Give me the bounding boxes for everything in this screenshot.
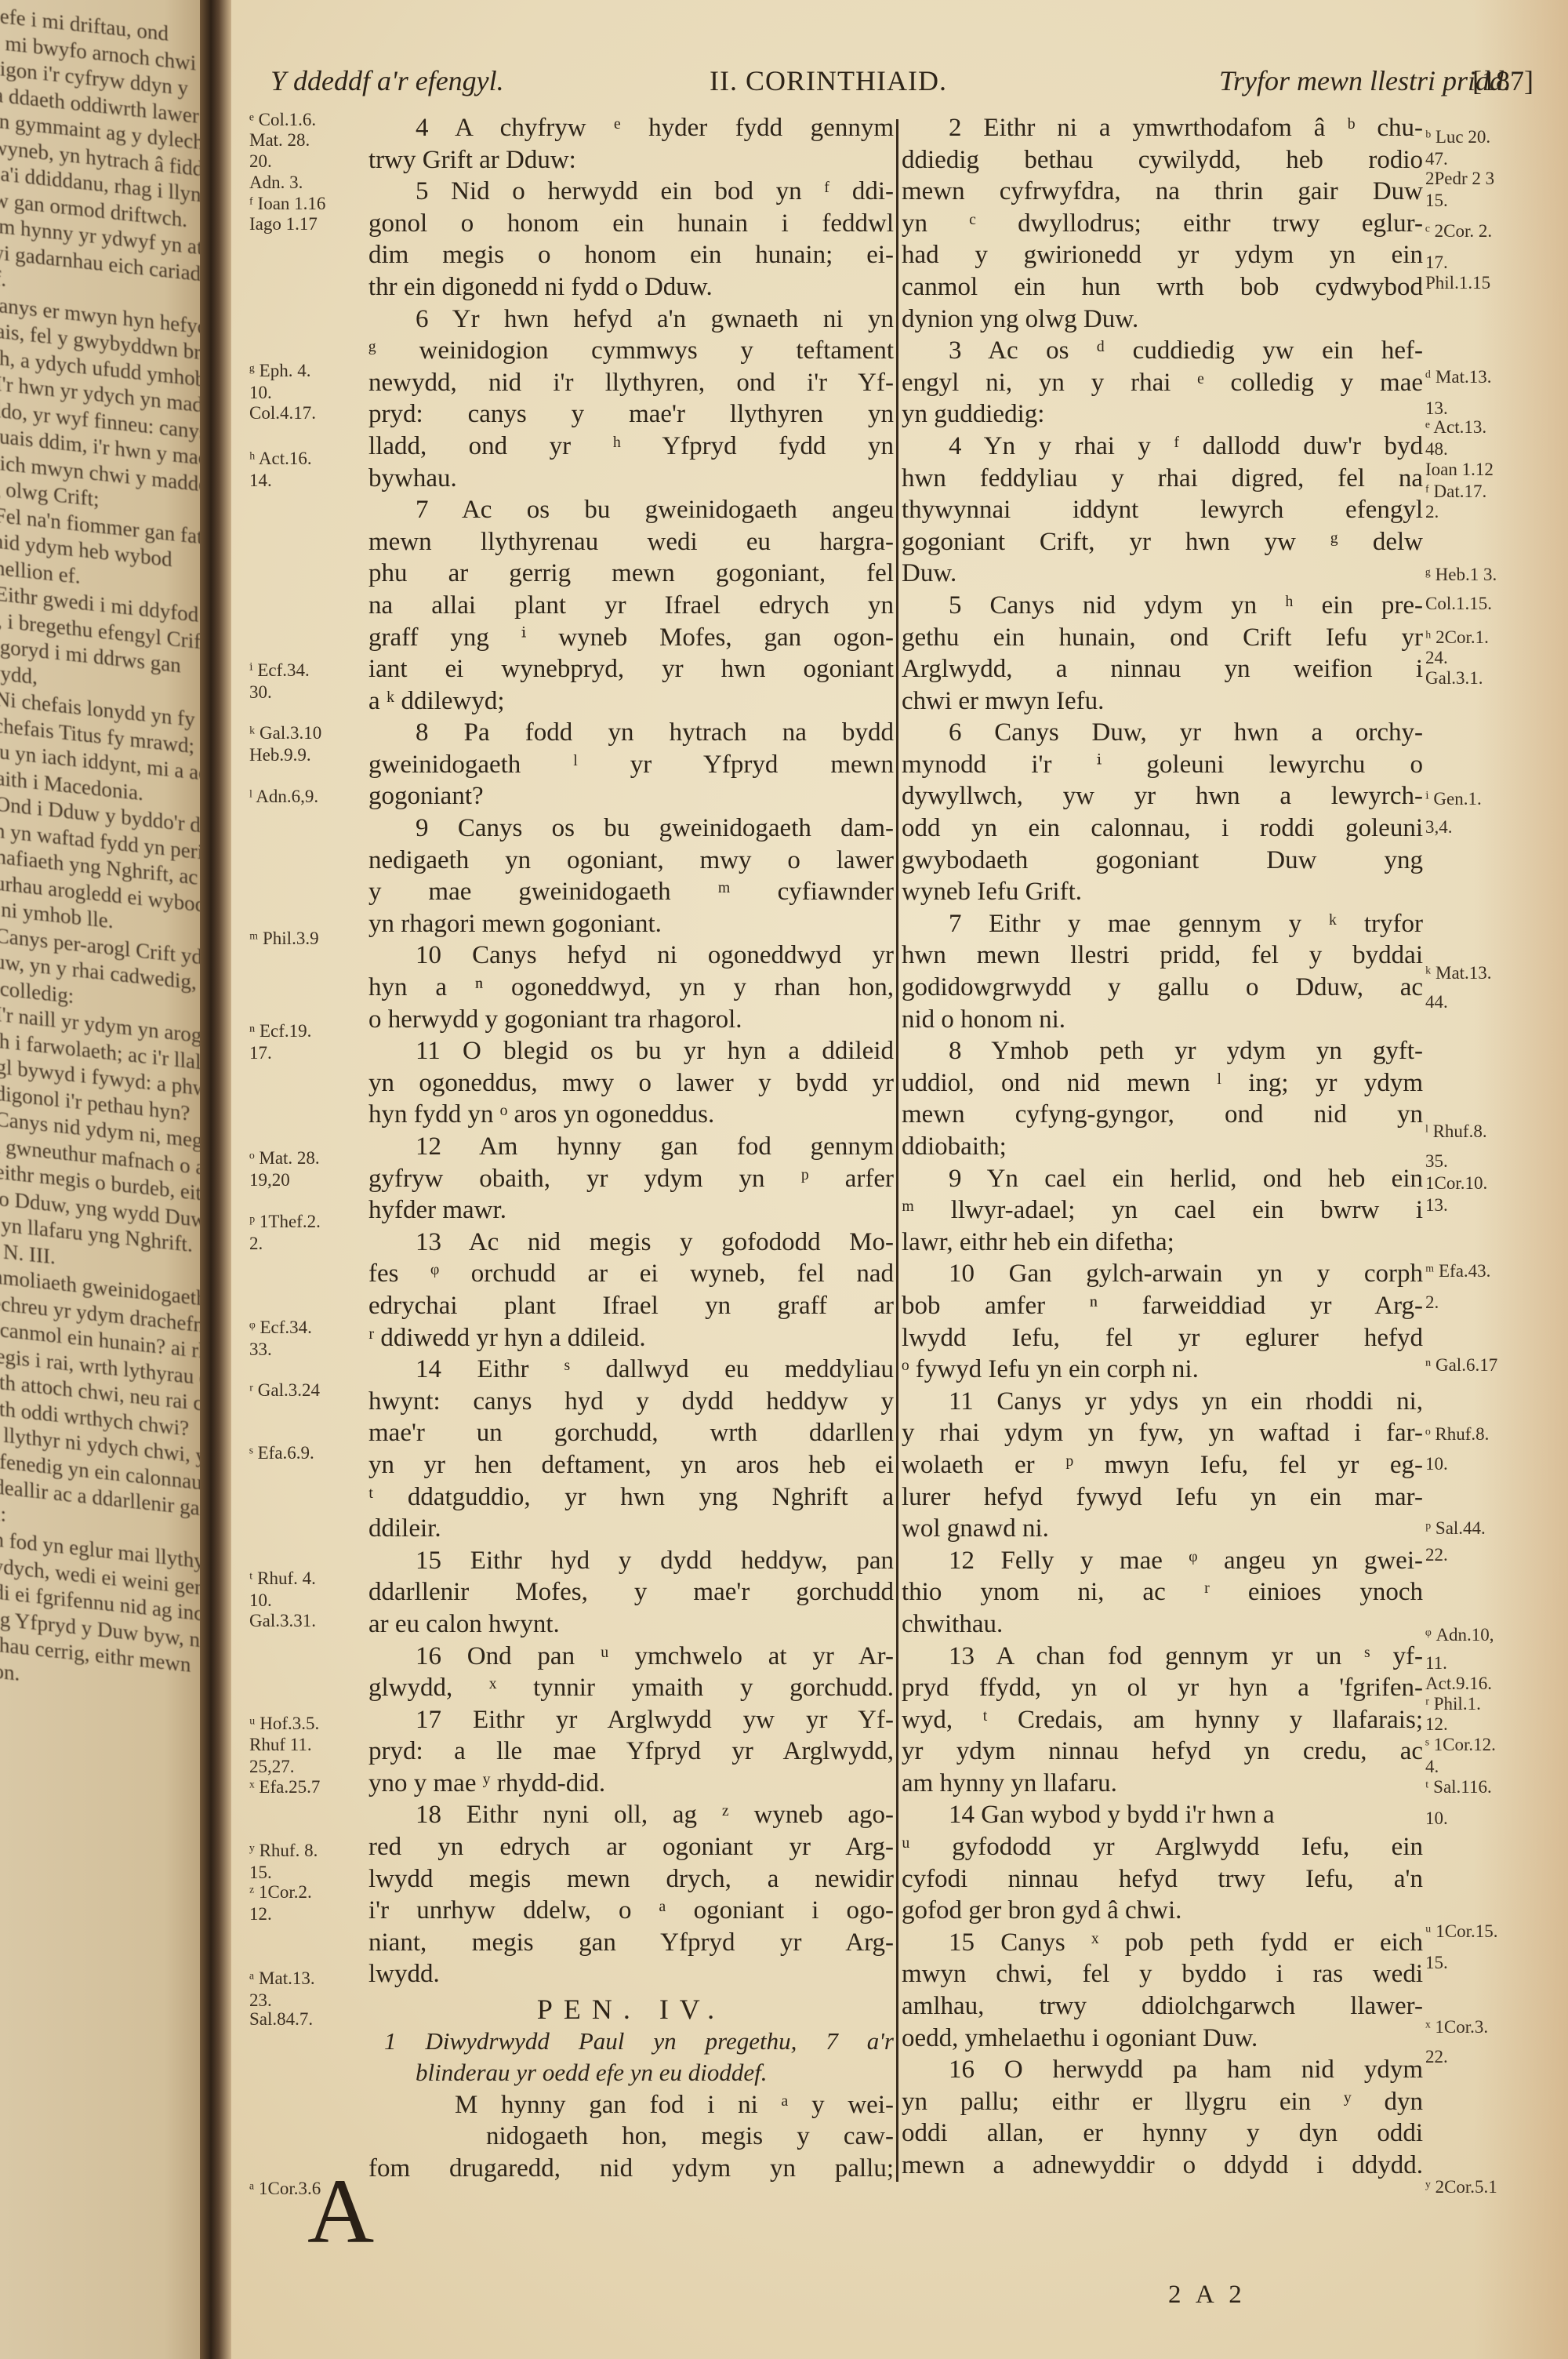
left-text-line: 12 Am hynny gan fod gennym (368, 1131, 894, 1163)
left-text-line: y mae gweinidogaeth ᵐ cyfiawnder (368, 876, 894, 908)
left-text-line: ᵗ ddatguddio, yr hwn yng Nghrift a (368, 1481, 894, 1514)
left-text-line: nedigaeth yn ogoniant, mwy o lawer (368, 845, 894, 877)
right-text-line: 2 Eithr ni a ymwrthodafom â ᵇ chu- (902, 112, 1423, 144)
margin-reference: ᶻ 1Cor.2. (249, 1882, 312, 1903)
margin-reference: Rhuf 11. (249, 1735, 312, 1755)
margin-reference: 10. (249, 383, 272, 403)
margin-reference: ᵒ Rhuf.8. (1425, 1424, 1489, 1445)
margin-reference: 2. (1425, 502, 1439, 522)
margin-reference: 19,20 (249, 1170, 290, 1190)
left-text-line: gyfryw obaith, yr ydym yn ᵖ arfer (368, 1163, 894, 1195)
margin-reference: Mat. 28. (249, 130, 310, 151)
left-text-line: 10 Canys hefyd ni ogoneddwyd yr (368, 940, 894, 972)
right-text-line: 7 Eithr y mae gennym y ᵏ tryfor (902, 908, 1423, 940)
margin-reference: ᵍ Eph. 4. (249, 361, 310, 381)
margin-reference: 20. (249, 151, 272, 172)
chapter-opening-line-1: M hynny gan fod i ni ᵃ y wei- (368, 2089, 894, 2121)
margin-reference: Col.4.17. (249, 403, 316, 423)
margin-reference: ᵇ Luc 20. (1425, 127, 1490, 147)
margin-reference: 33. (249, 1339, 272, 1360)
left-text-line: ar eu calon hwynt. (368, 1608, 894, 1641)
margin-reference: 44. (1425, 992, 1448, 1012)
right-text-line: dywyllwch, yw yr hwn a lewyrch- (902, 780, 1423, 812)
margin-reference: ᵗ Sal.116. (1425, 1777, 1492, 1797)
left-text-line: ddileir. (368, 1513, 894, 1545)
margin-reference: ˡ Adn.6,9. (249, 787, 318, 807)
left-text-line: pryd: a lle mae Yfpryd yr Arglwydd, (368, 1736, 894, 1768)
margin-reference: 1Cor.10. (1425, 1173, 1487, 1194)
right-text-line: ᵒ fywyd Iefu yn ein corph ni. (902, 1354, 1423, 1386)
margin-reference: 35. (1425, 1151, 1448, 1172)
left-text-line: lladd, ond yr ʰ Yfpryd fydd yn (368, 431, 894, 463)
right-text-line: thywynnai iddynt lewyrch efengyl (902, 494, 1423, 526)
right-text-line: lwydd Iefu, fel yr eglurer hefyd (902, 1322, 1423, 1354)
margin-reference: ʰ Act.16. (249, 449, 312, 469)
right-text-line: ᵐ llwyr-adael; yn cael ein bwrw i (902, 1194, 1423, 1227)
left-text-line: hyfder mawr. (368, 1194, 894, 1227)
margin-reference: 4. (1425, 1757, 1439, 1777)
right-text-line: chwithau. (902, 1608, 1423, 1641)
right-text-line: ᵘ gyfododd yr Arglwydd Iefu, ein (902, 1831, 1423, 1863)
margin-reference: ᵗ Rhuf. 4. (249, 1568, 316, 1589)
margin-reference: ᵏ Gal.3.10 (249, 723, 321, 743)
right-text-line: thio ynom ni, ac ʳ einioes ynoch (902, 1576, 1423, 1608)
margin-reference: ᶠ Dat.17. (1425, 482, 1486, 502)
chapter-opening-line-2: nidogaeth hon, megis y caw- (368, 2121, 894, 2153)
right-text-line: yn ᶜ dwyllodrus; eithr trwy eglur- (902, 208, 1423, 240)
margin-reference: Act.9.16. (1425, 1674, 1492, 1694)
right-text-line: hwn mewn llestri pridd, fel y byddai (902, 940, 1423, 972)
margin-reference: ˡ Rhuf.8. (1425, 1121, 1487, 1142)
right-text-line: mewn cyfyng-gyngor, ond nid yn (902, 1099, 1423, 1131)
right-text-line: engyl ni, yn y rhai ᵉ colledig y mae (902, 367, 1423, 399)
chapter-summary-line-2: blinderau yr oedd efe yn eu dioddef. (368, 2057, 894, 2089)
right-text-line: mwyn chwi, fel y byddo i ras wedi (902, 1958, 1423, 1990)
book-page: eth efe i mi driftau, ondag i mi bwyfo a… (0, 0, 1568, 2359)
right-text-line: mewn cyfrwyfdra, na thrin gair Duw (902, 176, 1423, 208)
left-text-line: lwydd megis mewn drych, a newidir (368, 1863, 894, 1896)
left-text-line: pryd: canys y mae'r llythyren yn (368, 398, 894, 431)
margin-reference: 15. (249, 1863, 272, 1883)
left-text-line: 15 Eithr hyd y dydd heddyw, pan (368, 1545, 894, 1577)
chapter-summary-line-1: 1 Diwydrwydd Paul yn pregethu, 7 a'r (368, 2026, 894, 2058)
left-text-line: 14 Eithr ˢ dallwyd eu meddyliau (368, 1354, 894, 1386)
margin-reference: ᵖ Sal.44. (1425, 1518, 1486, 1539)
margin-reference: 48. (1425, 439, 1448, 460)
left-text-line: hyn a ⁿ ogoneddwyd, yn y rhan hon, (368, 972, 894, 1004)
margin-reference: 13. (1425, 398, 1448, 419)
right-text-line: wolaeth er ᵖ mwyn Iefu, fel yr eg- (902, 1449, 1423, 1481)
margin-reference: 24. (1425, 648, 1448, 668)
margin-reference: Gal.3.31. (249, 1611, 316, 1631)
left-text-line: trwy Grift ar Dduw: (368, 144, 894, 176)
right-text-line: mewn a adnewyddir o ddydd i ddydd. (902, 2150, 1423, 2182)
left-text-line: 9 Canys os bu gweinidogaeth dam- (368, 812, 894, 845)
right-text-line: nid o honom ni. (902, 1004, 1423, 1036)
left-text-line: na allai plant yr Ifrael edrych yn (368, 590, 894, 622)
margin-reference: ᵉ Act.13. (1425, 417, 1486, 438)
margin-reference: 30. (249, 682, 272, 703)
left-text-line: ddarllenir Mofes, y mae'r gorchudd (368, 1576, 894, 1608)
page-edge-shade (1474, 0, 1568, 2359)
margin-reference: Iago 1.17 (249, 214, 318, 234)
margin-reference: 22. (1425, 1545, 1448, 1565)
margin-reference: 22. (1425, 2047, 1448, 2067)
margin-reference: ʸ 2Cor.5.1 (1425, 2177, 1497, 2197)
margin-reference: ⁿ Gal.6.17 (1425, 1355, 1497, 1376)
margin-reference: ᵘ 1Cor.15. (1425, 1921, 1498, 1942)
margin-reference: ᵐ Efa.43. (1425, 1261, 1490, 1281)
right-text-line: 11 Canys yr ydys yn ein rhoddi ni, (902, 1386, 1423, 1418)
right-text-line: wyneb Iefu Grift. (902, 876, 1423, 908)
left-text-line: ʳ ddiwedd yr hyn a ddileid. (368, 1322, 894, 1354)
margin-reference: 2Pedr 2 3 (1425, 169, 1494, 189)
margin-reference: 12. (1425, 1714, 1448, 1735)
chapter-heading: PEN. IV. (368, 1994, 894, 2026)
right-text-line: 15 Canys ˣ pob peth fydd er eich (902, 1927, 1423, 1959)
left-text-line: dim megis o honom ein hunain; ei- (368, 239, 894, 271)
right-text-line: 3 Ac os ᵈ cuddiedig yw ein hef- (902, 335, 1423, 367)
left-text-line: thr ein digonedd ni fydd o Dduw. (368, 271, 894, 304)
right-text-line: oddi allan, er hynny y dyn oddi (902, 2117, 1423, 2150)
chapter-opening-line-3: fom drugaredd, nid ydym yn pallu; (368, 2153, 894, 2185)
right-text-line: 9 Yn cael ein herlid, ond heb ein (902, 1163, 1423, 1195)
adjacent-page-text: eth efe i mi driftau, ondag i mi bwyfo a… (0, 0, 205, 1708)
right-text-line: canmol ein hun wrth bob cydwybod (902, 271, 1423, 304)
right-text-line: godidowgrwydd y gallu o Dduw, ac (902, 972, 1423, 1004)
margin-reference: Heb.9.9. (249, 745, 311, 765)
right-text-line: y rhai ydym yn fyw, yn waftad i far- (902, 1417, 1423, 1449)
margin-reference: Gal.3.1. (1425, 668, 1483, 689)
right-text-line: gogoniant Crift, yr hwn yw ᵍ delw (902, 526, 1423, 558)
right-text-line: lawr, eithr heb ein difetha; (902, 1227, 1423, 1259)
right-text-line: uddiol, ond nid mewn ˡ ing; yr ydym (902, 1067, 1423, 1100)
header-left-title: Y ddeddf a'r efengyl. (270, 64, 504, 97)
margin-reference: 23. (249, 1990, 272, 2011)
margin-reference: ˢ 1Cor.12. (1425, 1735, 1496, 1755)
margin-reference: 10. (249, 1590, 272, 1611)
right-text-line: had y gwirionedd yr ydym yn ein (902, 239, 1423, 271)
margin-reference: 2. (249, 1234, 263, 1254)
left-text-line: 17 Eithr yr Arglwydd yw yr Yf- (368, 1704, 894, 1736)
left-text-line: gonol o honom ein hunain i feddwl (368, 208, 894, 240)
left-text-line: yn yr hen deftament, yn aros heb ei (368, 1449, 894, 1481)
left-text-line: 8 Pa fodd yn hytrach na bydd (368, 717, 894, 749)
margin-reference: 13. (1425, 1195, 1448, 1216)
right-text-line: am hynny yn llafaru. (902, 1768, 1423, 1800)
margin-reference: ᶜ 2Cor. 2. (1425, 221, 1492, 242)
margin-reference: ʸ Rhuf. 8. (249, 1841, 318, 1861)
margin-reference: ˢ Efa.6.9. (249, 1443, 314, 1463)
margin-reference: ᵃ Mat.13. (249, 1968, 315, 1989)
right-text-line: gwybodaeth gogoniant Duw yng (902, 845, 1423, 877)
margin-reference: ᵠ Ecf.34. (249, 1318, 312, 1338)
left-text-line: mae'r un gorchudd, wrth ddarllen (368, 1417, 894, 1449)
right-text-line: pryd ffydd, yn ol yr hyn a 'fgrifen- (902, 1672, 1423, 1704)
left-text-line: red yn edrych ar ogoniant yr Arg- (368, 1831, 894, 1863)
margin-reference: ⁱ Gen.1. (1425, 789, 1482, 809)
left-text-line: 16 Ond pan ᵘ ymchwelo at yr Ar- (368, 1641, 894, 1673)
right-text-line: 5 Canys nid ydym yn ʰ ein pre- (902, 590, 1423, 622)
left-column-verses: 4 A chyfryw ᵉ hyder fydd gennymtrwy Grif… (368, 112, 894, 1990)
right-text-line: wol gnawd ni. (902, 1513, 1423, 1545)
margin-reference: ᶠ Ioan 1.16 (249, 194, 325, 214)
margin-reference: ᵠ Adn.10, (1425, 1625, 1494, 1645)
header-right-title: Tryfor mewn llestri pridd. (1219, 64, 1511, 97)
right-text-line: 16 O herwydd pa ham nid ydym (902, 2054, 1423, 2086)
margin-reference: ˣ Efa.25.7 (249, 1777, 320, 1797)
right-text-line: odd yn ein calonnau, i roddi goleuni (902, 812, 1423, 845)
page-number: [187] (1472, 64, 1534, 97)
left-text-column: 4 A chyfryw ᵉ hyder fydd gennymtrwy Grif… (368, 112, 894, 2185)
right-text-column: 2 Eithr ni a ymwrthodafom â ᵇ chu-ddiedi… (902, 112, 1423, 2182)
margin-reference: 10. (1425, 1808, 1448, 1829)
right-text-line: cyfodi ninnau hefyd trwy Iefu, a'n (902, 1863, 1423, 1896)
margin-reference: 17. (1425, 253, 1448, 273)
margin-reference: 2. (1425, 1292, 1439, 1313)
left-text-line: 18 Eithr nyni oll, ag ᶻ wyneb ago- (368, 1799, 894, 1831)
margin-reference: ᵖ 1Thef.2. (249, 1212, 321, 1232)
left-text-line: hwynt: canys hyd y dydd heddyw y (368, 1386, 894, 1418)
margin-reference: ᵒ Mat. 28. (249, 1148, 320, 1169)
right-text-line: dynion yng olwg Duw. (902, 304, 1423, 336)
left-text-line: ᵍ weinidogion cymmwys y teftament (368, 335, 894, 367)
right-text-line: chwi er mwyn Iefu. (902, 685, 1423, 718)
left-text-line: 13 Ac nid megis y gofododd Mo- (368, 1227, 894, 1259)
right-text-line: 10 Gan gylch-arwain yn y corph (902, 1258, 1423, 1290)
right-text-line: mynodd i'r ⁱ goleuni lewyrchu o (902, 749, 1423, 781)
margin-reference: 11. (1425, 1653, 1447, 1674)
left-text-line: glwydd, ˣ tynnir ymaith y gorchudd. (368, 1672, 894, 1704)
margin-reference: Col.1.15. (1425, 594, 1492, 614)
margin-reference: 47. (1425, 149, 1448, 169)
margin-reference: ᵍ Heb.1 3. (1425, 565, 1497, 585)
margin-reference: ⁿ Ecf.19. (249, 1021, 311, 1041)
margin-reference: ʰ 2Cor.1. (1425, 627, 1489, 648)
left-text-line: 11 O blegid os bu yr hyn a ddileid (368, 1035, 894, 1067)
right-text-line: amlhau, trwy ddiolchgarwch llawer- (902, 1990, 1423, 2023)
header-book-title: II. CORINTHIAID. (710, 64, 947, 97)
left-text-line: o herwydd y gogoniant tra rhagorol. (368, 1004, 894, 1036)
margin-reference: ᵉ Col.1.6. (249, 110, 316, 130)
margin-reference: ᵐ Phil.3.9 (249, 929, 319, 949)
right-text-line: yn pallu; eithr er llygru ein ʸ dyn (902, 2086, 1423, 2118)
margin-reference: ᵘ Hof.3.5. (249, 1714, 319, 1734)
right-text-line: hwn feddyliau y rhai digred, fel na (902, 463, 1423, 495)
margin-reference: 15. (1425, 1953, 1448, 1973)
margin-reference: ᵏ Mat.13. (1425, 963, 1492, 983)
left-text-line: newydd, nid i'r llythyren, ond i'r Yf- (368, 367, 894, 399)
right-text-line: lurer hefyd fywyd Iefu yn ein mar- (902, 1481, 1423, 1514)
left-text-line: mewn llythyrenau wedi eu hargra- (368, 526, 894, 558)
left-text-line: yno y mae ʸ rhydd-did. (368, 1768, 894, 1800)
right-text-line: bob amfer ⁿ farweiddiad yr Arg- (902, 1290, 1423, 1322)
right-text-line: gofod ger bron gyd â chwi. (902, 1895, 1423, 1927)
right-text-line: 8 Ymhob peth yr ydym yn gyft- (902, 1035, 1423, 1067)
left-text-line: a ᵏ ddilewyd; (368, 685, 894, 718)
left-text-line: 7 Ac os bu gweinidogaeth angeu (368, 494, 894, 526)
right-text-line: oedd, ymhelaethu i ogoniant Duw. (902, 2023, 1423, 2055)
left-text-line: 4 A chyfryw ᵉ hyder fydd gennym (368, 112, 894, 144)
book-gutter (200, 0, 231, 2359)
left-text-line: graff yng ⁱ wyneb Mofes, gan ogon- (368, 622, 894, 654)
drop-capital: A (307, 2172, 374, 2251)
margin-reference: 3,4. (1425, 817, 1453, 838)
right-text-line: Arglwydd, a ninnau yn weifion i (902, 653, 1423, 685)
right-text-line: wyd, ᵗ Credais, am hynny y llafarais; (902, 1704, 1423, 1736)
margin-reference: 15. (1425, 191, 1448, 211)
right-text-line: 14 Gan wybod y bydd i'r hwn a (902, 1799, 1423, 1831)
left-text-line: hyn fydd yn ᵒ aros yn ogoneddus. (368, 1099, 894, 1131)
left-text-line: gweinidogaeth ˡ yr Yfpryd mewn (368, 749, 894, 781)
left-text-line: gogoniant? (368, 780, 894, 812)
right-text-line: yr ydym ninnau hefyd yn credu, ac (902, 1736, 1423, 1768)
signature-mark: 2 A 2 (1168, 2281, 1247, 2310)
right-text-line: 6 Canys Duw, yr hwn a orchy- (902, 717, 1423, 749)
margin-reference: Sal.84.7. (249, 2009, 313, 2030)
right-text-line: 12 Felly y mae ᵠ angeu yn gwei- (902, 1545, 1423, 1577)
left-text-line: 6 Yr hwn hefyd a'n gwnaeth ni yn (368, 304, 894, 336)
margin-reference: 10. (1425, 1454, 1448, 1474)
left-text-line: edrychai plant Ifrael yn graff ar (368, 1290, 894, 1322)
margin-reference: Phil.1.15 (1425, 273, 1490, 293)
left-text-line: phu ar gerrig mewn gogoniant, fel (368, 558, 894, 590)
right-text-line: ddiobaith; (902, 1131, 1423, 1163)
margin-reference: Adn. 3. (249, 173, 303, 193)
left-text-line: yn rhagori mewn gogoniant. (368, 908, 894, 940)
right-text-line: 4 Yn y rhai y ᶠ dallodd duw'r byd (902, 431, 1423, 463)
margin-reference: 12. (249, 1904, 272, 1925)
adjacent-left-page: eth efe i mi driftau, ondag i mi bwyfo a… (0, 0, 205, 2359)
right-text-line: gethu ein hunain, ond Crift Iefu yr (902, 622, 1423, 654)
column-divider (896, 119, 898, 2182)
margin-reference: ʳ Gal.3.24 (249, 1380, 320, 1401)
margin-reference: Ioan 1.12 (1425, 460, 1494, 480)
left-text-line: 5 Nid o herwydd ein bod yn ᶠ ddi- (368, 176, 894, 208)
running-header: Y ddeddf a'r efengyl. II. CORINTHIAID. T… (270, 64, 1533, 107)
left-text-line: lwydd. (368, 1958, 894, 1990)
left-text-line: iant ei wynebpryd, yr hwn ogoniant (368, 653, 894, 685)
margin-reference: ˣ 1Cor.3. (1425, 2017, 1488, 2037)
left-text-line: fes ᵠ orchudd ar ei wyneb, fel nad (368, 1258, 894, 1290)
margin-reference: 17. (249, 1043, 272, 1063)
right-column-verses: 2 Eithr ni a ymwrthodafom â ᵇ chu-ddiedi… (902, 112, 1423, 2182)
margin-reference: ⁱ Ecf.34. (249, 660, 310, 681)
right-text-line: ddiedig bethau cywilydd, heb rodio (902, 144, 1423, 176)
margin-reference: 14. (249, 471, 272, 491)
margin-reference: 25,27. (249, 1757, 295, 1777)
right-text-line: yn guddiedig: (902, 398, 1423, 431)
left-text-line: niant, megis gan Yfpryd yr Arg- (368, 1927, 894, 1959)
left-text-line: yn ogoneddus, mwy o lawer y bydd yr (368, 1067, 894, 1100)
right-text-line: 13 A chan fod gennym yr un ˢ yf- (902, 1641, 1423, 1673)
margin-reference: ʳ Phil.1. (1425, 1694, 1481, 1714)
margin-reference: ᵈ Mat.13. (1425, 367, 1491, 387)
left-text-line: i'r unrhyw ddelw, o ᵃ ogoniant i ogo- (368, 1895, 894, 1927)
left-text-line: bywhau. (368, 463, 894, 495)
right-text-line: Duw. (902, 558, 1423, 590)
